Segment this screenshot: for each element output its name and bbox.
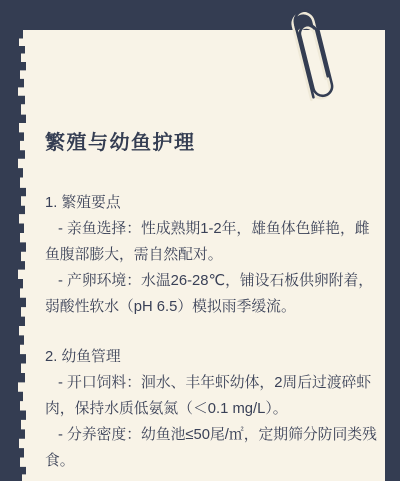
section-fry-care: 2. 幼鱼管理 - 开口饲料：洄水、丰年虾幼体，2周后过渡碎虾肉，保持水质低氨氮… [45,344,381,474]
section-breeding: 1. 繁殖要点 - 亲鱼选择：性成熟期1-2年，雄鱼体色鲜艳，雌鱼腹部膨大，需自… [45,190,381,320]
section-item: - 产卵环境：水温26-28℃，铺设石板供卵附着，弱酸性软水（pH 6.5）模拟… [45,268,381,320]
section-item: - 亲鱼选择：性成熟期1-2年，雄鱼体色鲜艳，雌鱼腹部膨大，需自然配对。 [45,216,381,268]
note-title: 繁殖与幼鱼护理 [45,131,381,155]
notepad-scene: 繁殖与幼鱼护理 1. 繁殖要点 - 亲鱼选择：性成熟期1-2年，雄鱼体色鲜艳，雌… [0,0,400,481]
torn-paper-edge-decoration [16,30,30,481]
section-heading: 2. 幼鱼管理 [45,344,381,370]
section-item: - 开口饲料：洄水、丰年虾幼体，2周后过渡碎虾肉，保持水质低氨氮（＜0.1 mg… [45,370,381,422]
section-item: - 分养密度：幼鱼池≤50尾/㎡，定期筛分防同类残食。 [45,422,381,474]
section-heading: 1. 繁殖要点 [45,190,381,216]
